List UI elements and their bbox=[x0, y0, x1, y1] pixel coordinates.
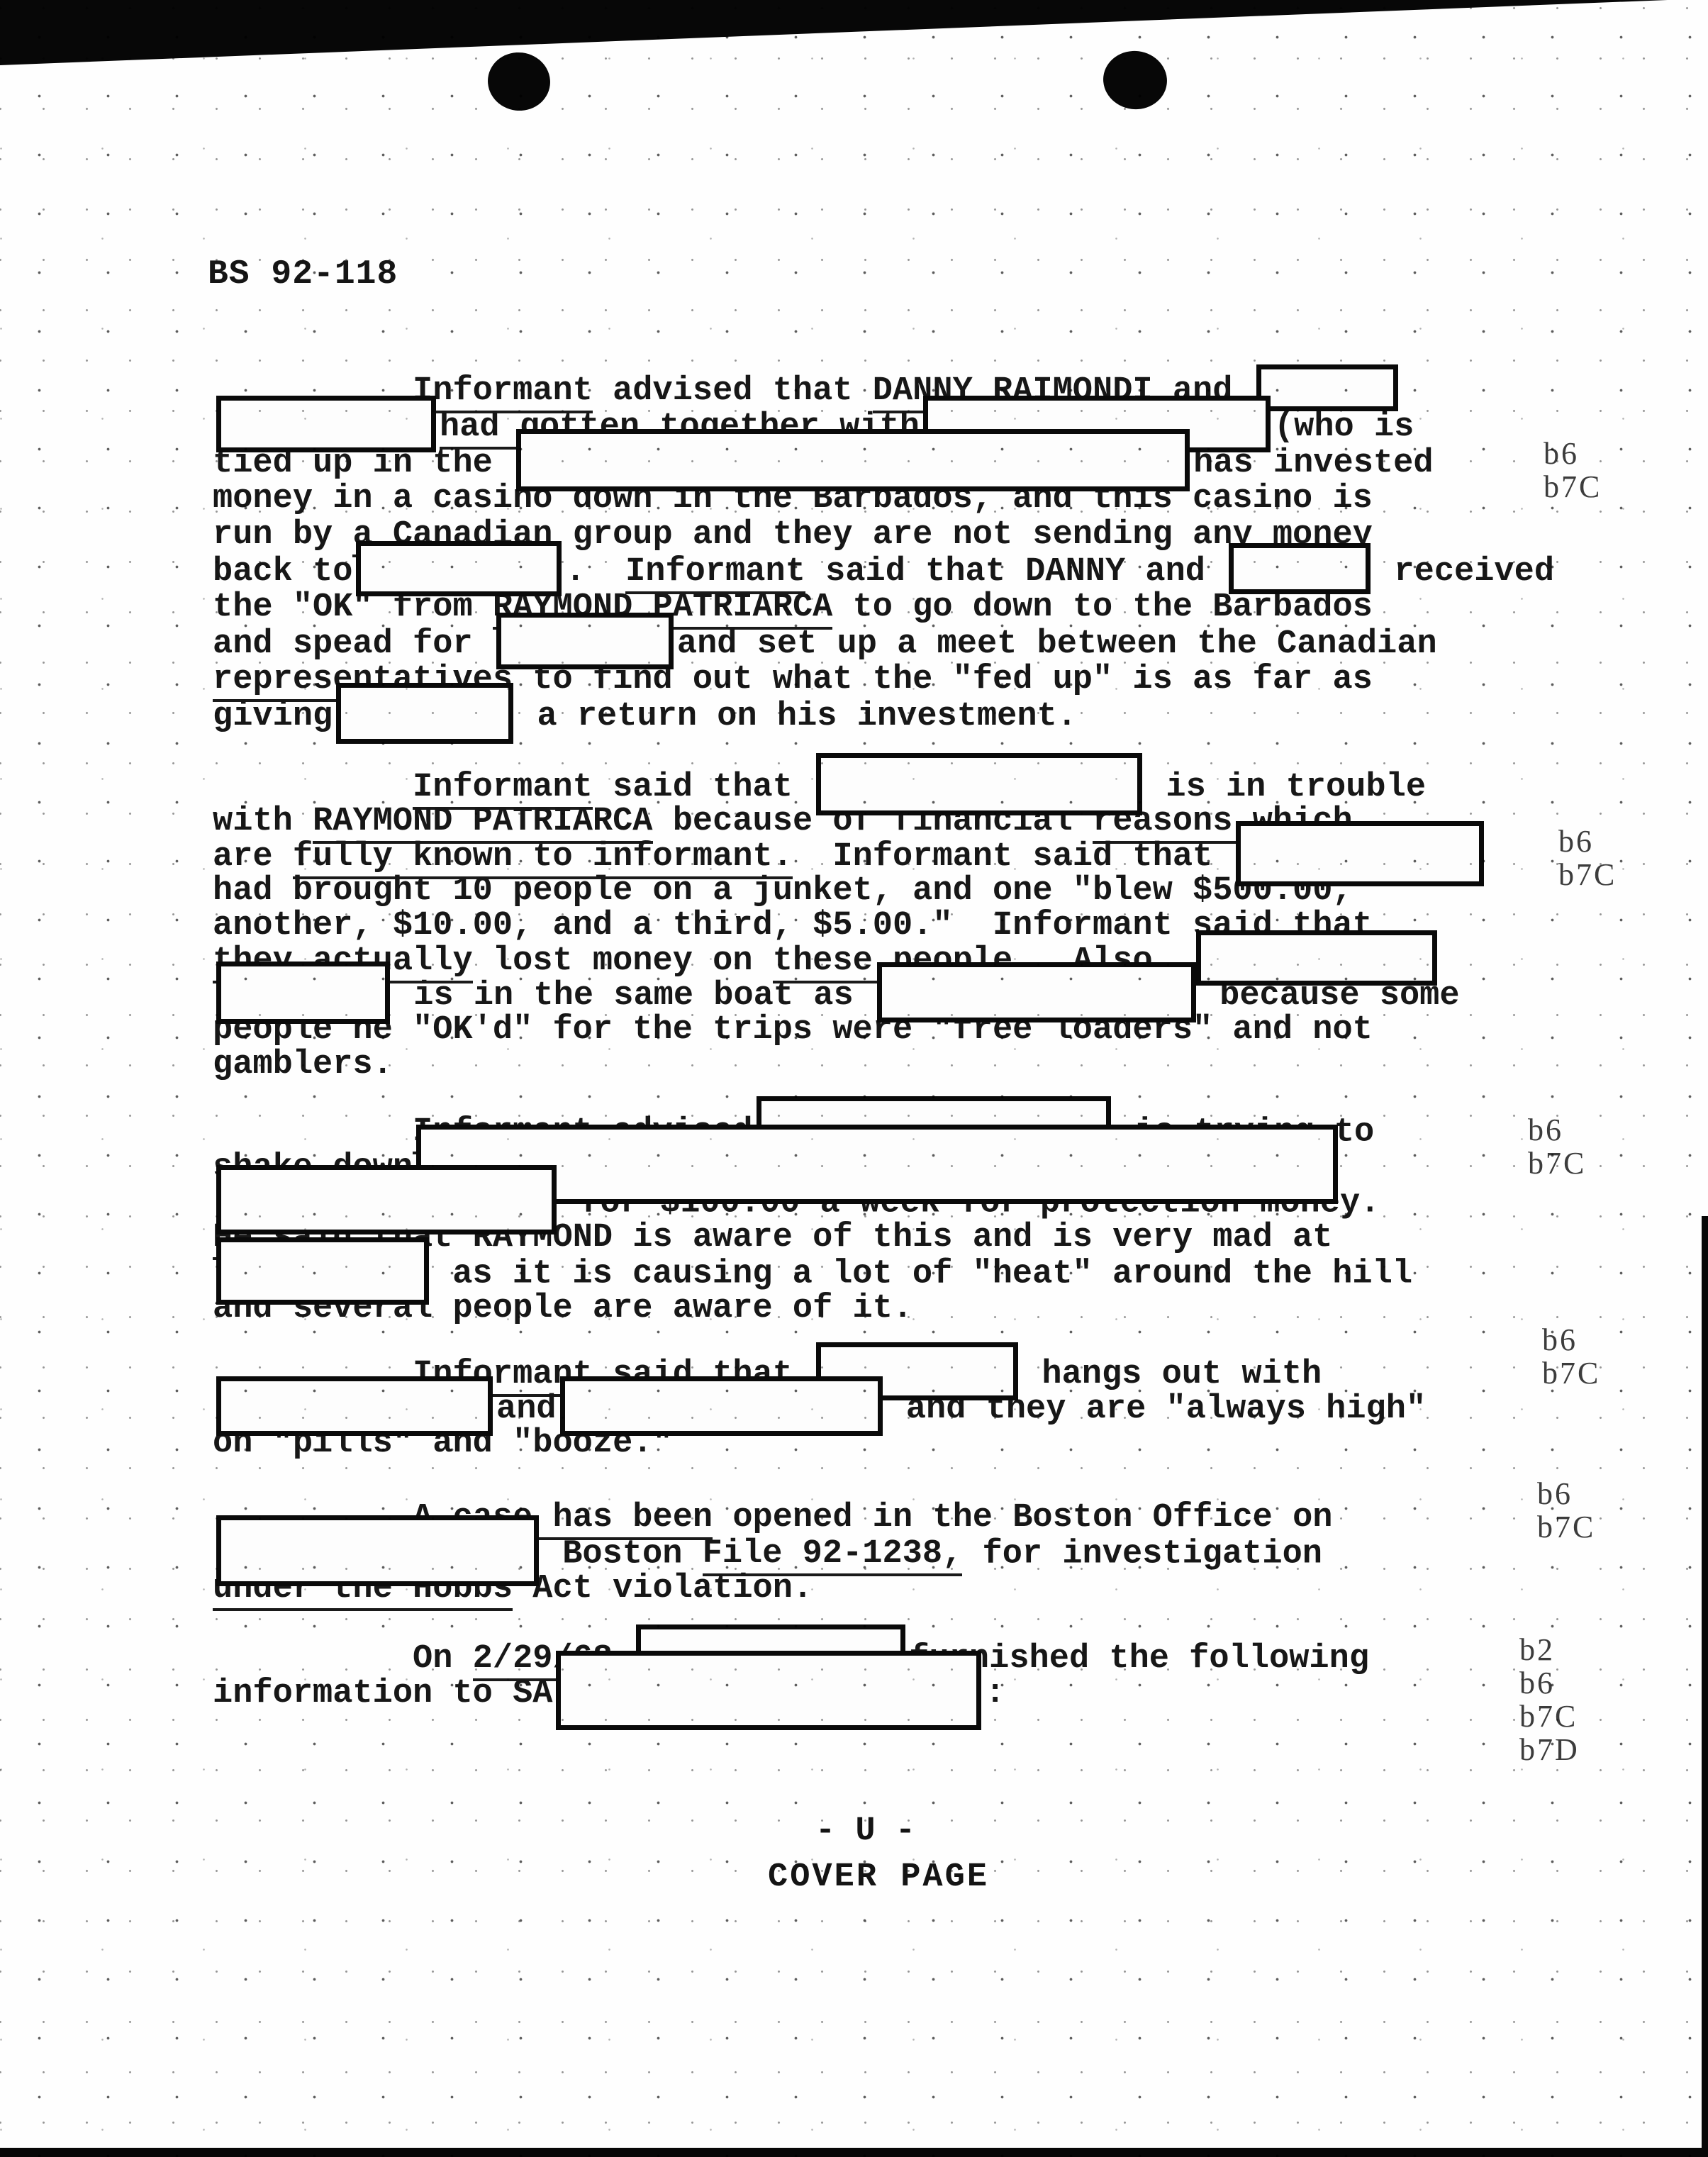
text-line: Informant said that is in trouble bbox=[213, 769, 1487, 804]
redaction-box bbox=[216, 1376, 493, 1436]
text-line: and spead for and set up a meet between … bbox=[213, 625, 1554, 662]
para-6: On 2/29/68,furnished the followinginform… bbox=[213, 1641, 1369, 1710]
foia-exemption-codes: b2b6b7Cb7D bbox=[1519, 1633, 1580, 1766]
text-segment: giving bbox=[213, 698, 333, 735]
text-segment: (who is bbox=[1274, 408, 1414, 446]
text-line: back to. Informant said that DANNY and r… bbox=[213, 553, 1554, 589]
text-line: and and they are "always high" bbox=[213, 1391, 1426, 1426]
text-segment: had brought 10 people on a junket, and o… bbox=[213, 872, 1353, 910]
exemption-code: b6 bbox=[1542, 1323, 1600, 1356]
para-2: Informant said that is in troublewith RA… bbox=[213, 769, 1487, 1082]
text-segment: run by bbox=[213, 516, 352, 554]
exemption-code: b7C bbox=[1558, 858, 1617, 891]
scan-artifact-top-wedge bbox=[0, 0, 1708, 65]
punch-hole-right bbox=[1100, 48, 1170, 113]
exemption-code: b6 bbox=[1519, 1666, 1580, 1700]
foia-exemption-codes: b6b7C bbox=[1558, 825, 1617, 891]
text-segment: information to SA bbox=[213, 1675, 552, 1712]
underlined-text: Informant bbox=[413, 372, 593, 413]
foia-exemption-codes: b6b7C bbox=[1528, 1113, 1586, 1180]
text-segment: said that DANNY and bbox=[805, 553, 1225, 591]
redaction-box bbox=[216, 962, 390, 1024]
text-segment bbox=[213, 1113, 413, 1151]
exemption-code: b2 bbox=[1519, 1633, 1580, 1666]
exemption-code: b7C bbox=[1537, 1510, 1595, 1544]
text-line: as it is causing a lot of "heat" around … bbox=[213, 1256, 1412, 1291]
para-3: Informant advised is trying toshake down… bbox=[213, 1114, 1412, 1327]
exemption-code: b6 bbox=[1544, 437, 1602, 470]
text-segment: to go down to the Barbados bbox=[832, 589, 1373, 626]
foia-exemption-codes: b6b7C bbox=[1544, 437, 1602, 503]
redaction-box bbox=[556, 1651, 981, 1730]
exemption-code: b6 bbox=[1558, 825, 1617, 858]
redaction-box bbox=[336, 683, 513, 744]
text-line: are fully known to informant. Informant … bbox=[213, 839, 1487, 874]
exemption-code: b6 bbox=[1528, 1113, 1586, 1147]
text-line: giving a return on his investment. bbox=[213, 698, 1554, 734]
exemption-code: b7C bbox=[1528, 1147, 1586, 1180]
text-segment: and bbox=[496, 1390, 557, 1428]
text-line: they actually lost money on these people… bbox=[213, 943, 1487, 978]
file-number: BS 92-118 bbox=[208, 255, 398, 294]
redaction-box bbox=[1236, 821, 1484, 886]
redaction-box bbox=[216, 1515, 539, 1586]
text-line: information to SA: bbox=[213, 1676, 1369, 1710]
redaction-box bbox=[1196, 930, 1437, 986]
scan-artifact-right-edge bbox=[1702, 1216, 1708, 2157]
cover-page-label: COVER PAGE bbox=[768, 1858, 989, 1896]
para-5: A case has been opened in the Boston Off… bbox=[213, 1500, 1332, 1607]
exemption-code: b7C bbox=[1519, 1700, 1580, 1733]
text-segment: . bbox=[565, 553, 625, 591]
redaction-box bbox=[560, 1376, 883, 1436]
text-segment: lost money on bbox=[473, 942, 773, 980]
text-line: people he "OK'd" for the trips were "fre… bbox=[213, 1013, 1487, 1047]
text-segment: is in trouble bbox=[1146, 769, 1426, 806]
para-1: Informant advised that DANNY RAIMONDI an… bbox=[213, 372, 1554, 734]
redaction-box bbox=[216, 1165, 557, 1234]
text-segment: said that bbox=[593, 769, 813, 806]
scan-artifact-bottom-bar bbox=[0, 2148, 1708, 2157]
redaction-box bbox=[216, 396, 436, 452]
text-segment: hangs out with bbox=[1022, 1356, 1322, 1393]
redaction-box bbox=[356, 541, 562, 596]
exemption-code: b7C bbox=[1542, 1356, 1600, 1390]
text-line: gamblers. bbox=[213, 1047, 1487, 1082]
text-segment: advised that bbox=[593, 372, 873, 410]
text-line: Boston File 92-1238, for investigation bbox=[213, 1536, 1332, 1571]
foia-exemption-codes: b6b7C bbox=[1542, 1323, 1600, 1390]
redaction-box bbox=[216, 1237, 429, 1305]
exemption-code: b7C bbox=[1544, 470, 1602, 503]
text-segment: Act violation. bbox=[513, 1570, 813, 1607]
text-segment: received bbox=[1374, 553, 1554, 591]
text-segment: a return on his investment. bbox=[517, 698, 1077, 735]
text-segment: is in the same boat as bbox=[393, 977, 873, 1015]
text-segment: Informant said that bbox=[793, 838, 1233, 876]
redaction-box bbox=[516, 429, 1190, 491]
text-segment: back to bbox=[213, 553, 352, 591]
text-segment: opened in the Boston Office on bbox=[713, 1499, 1332, 1537]
text-segment bbox=[213, 769, 413, 806]
text-segment: and set up a meet between the Canadian bbox=[677, 625, 1437, 663]
text-segment: as it is causing a lot of "heat" around … bbox=[432, 1255, 1412, 1293]
punch-hole-left bbox=[484, 49, 553, 114]
redaction-box bbox=[496, 613, 674, 669]
text-segment: gamblers. bbox=[213, 1046, 393, 1083]
text-segment: On bbox=[213, 1640, 473, 1678]
scanned-document-page: { "document": { "file_number": "BS 92-11… bbox=[0, 0, 1708, 2157]
redaction-box bbox=[816, 753, 1142, 815]
text-segment: for investigation bbox=[962, 1535, 1322, 1573]
redaction-box bbox=[1256, 364, 1398, 411]
foia-exemption-codes: b6b7C bbox=[1537, 1477, 1595, 1544]
text-segment: are bbox=[213, 838, 293, 876]
redaction-box bbox=[877, 962, 1196, 1022]
redaction-box bbox=[1229, 543, 1371, 594]
exemption-code: b7D bbox=[1519, 1733, 1580, 1766]
exemption-code: b6 bbox=[1537, 1477, 1595, 1510]
text-segment: : bbox=[985, 1675, 1005, 1712]
text-segment: Boston bbox=[542, 1535, 703, 1573]
text-segment: with bbox=[213, 803, 313, 840]
classification-u-mark: - U - bbox=[815, 1812, 915, 1850]
text-segment: and spead for bbox=[213, 625, 493, 663]
para-4: Informant said that hangs out withand an… bbox=[213, 1356, 1426, 1461]
